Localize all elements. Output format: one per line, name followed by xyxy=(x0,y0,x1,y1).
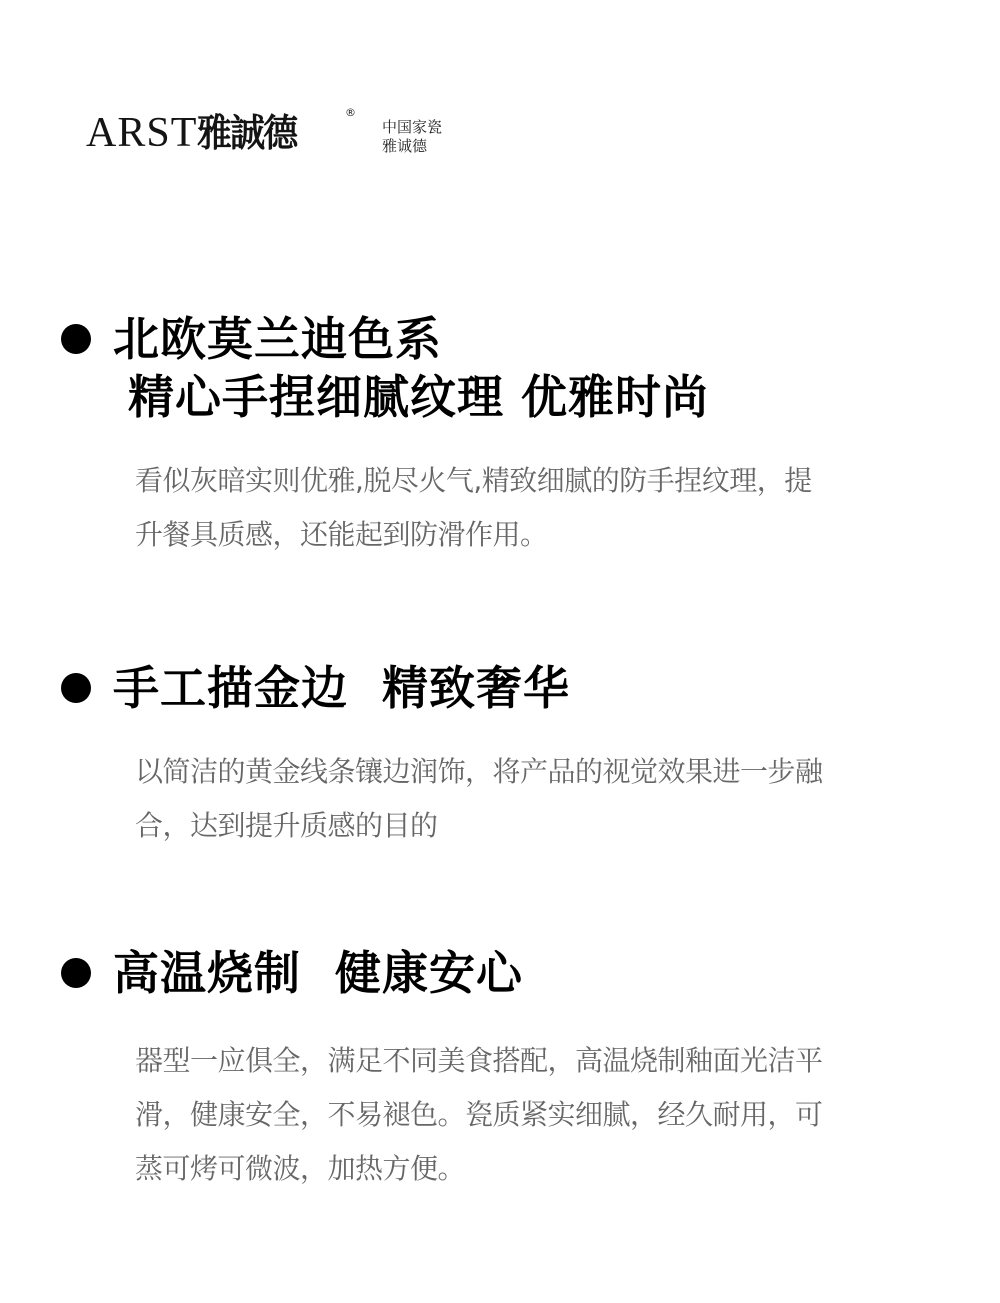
description-line: 蒸可烤可微波，加热方便。 xyxy=(135,1142,895,1196)
description-line: 合，达到提升质感的目的 xyxy=(135,799,895,853)
description-line: 升餐具质感，还能起到防滑作用。 xyxy=(135,508,895,562)
logo-cjk-text: 雅誠德 xyxy=(197,108,296,158)
tagline-line-1: 中国家瓷 xyxy=(382,118,442,137)
bullet-dot-icon xyxy=(61,324,91,354)
section-heading-line-2: 精心手捏细腻纹理 优雅时尚 xyxy=(128,369,709,425)
logo-wordmark: ARST雅誠德 xyxy=(86,108,305,158)
description-line: 以简洁的黄金线条镶边润饰，将产品的视觉效果进一步融 xyxy=(135,745,895,799)
section-description: 看似灰暗实则优雅,脱尽火气,精致细腻的防手捏纹理，提 升餐具质感，还能起到防滑作… xyxy=(135,454,895,562)
logo-latin-text: ARST xyxy=(86,110,197,156)
section-heading: 高温烧制 健康安心 xyxy=(113,945,523,1001)
section-heading-line-1: 北欧莫兰迪色系 xyxy=(113,311,442,367)
bullet-dot-icon xyxy=(61,673,91,703)
tagline-line-2: 雅诚德 xyxy=(382,137,442,156)
section-description: 以简洁的黄金线条镶边润饰，将产品的视觉效果进一步融 合，达到提升质感的目的 xyxy=(135,745,895,853)
description-line: 看似灰暗实则优雅,脱尽火气,精致细腻的防手捏纹理，提 xyxy=(135,454,895,508)
bullet-dot-icon xyxy=(61,958,91,988)
section-description: 器型一应俱全，满足不同美食搭配，高温烧制釉面光洁平 滑，健康安全，不易褪色。瓷质… xyxy=(135,1034,895,1196)
description-line: 器型一应俱全，满足不同美食搭配，高温烧制釉面光洁平 xyxy=(135,1034,895,1088)
registered-mark-icon: ® xyxy=(345,106,356,119)
description-line: 滑，健康安全，不易褪色。瓷质紧实细腻，经久耐用，可 xyxy=(135,1088,895,1142)
logo-tagline: 中国家瓷 雅诚德 xyxy=(382,118,442,156)
section-heading: 手工描金边 精致奢华 xyxy=(113,660,570,716)
